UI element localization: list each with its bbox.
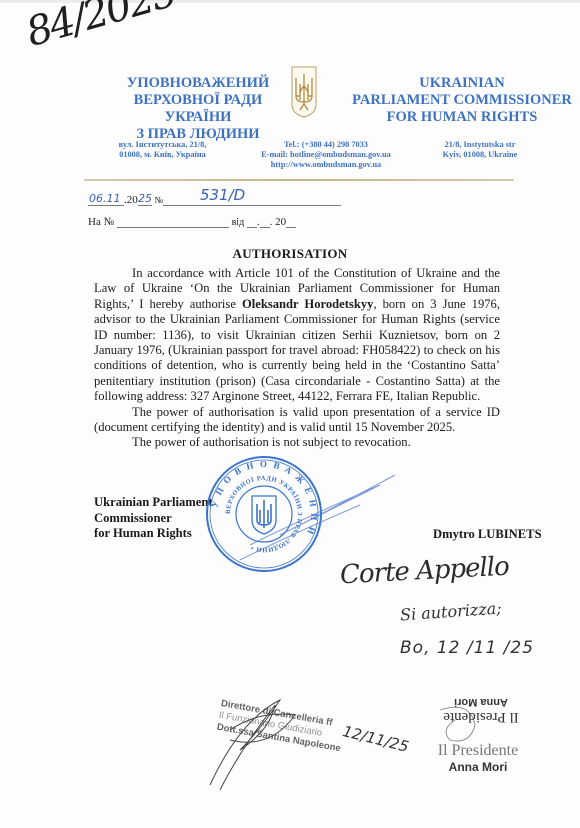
- signer-title-line: for Human Rights: [94, 526, 213, 542]
- trident-coat-of-arms-icon: [291, 66, 317, 118]
- number-label: №: [155, 195, 164, 205]
- letterhead-title-ukrainian: УПОВНОВАЖЕНИЙ ВЕРХОВНОЇ РАДИ УКРАЇНИ З П…: [108, 75, 288, 143]
- signer-title-line: Ukrainian Parliament: [94, 495, 213, 511]
- address-ukrainian: вул. Інститутська, 21/8, 01008, м. Київ,…: [100, 140, 225, 160]
- paragraph-text: , born on 3 June 1976, advisor to the Uk…: [94, 297, 500, 403]
- letterhead-line: ВЕРХОВНОЇ РАДИ УКРАЇНИ: [108, 92, 288, 126]
- letterhead-line: PARLIAMENT COMMISSIONER: [347, 92, 577, 109]
- phone-text: Tel.: (+380 44) 298 7033: [246, 140, 406, 150]
- year-blank: [286, 215, 296, 228]
- president-stamp-inverted: Il Presidente Anna Mori: [436, 696, 526, 725]
- handwritten-year-suffix: 25: [138, 192, 152, 205]
- president-title: Il Presidente: [436, 708, 526, 725]
- document-title: AUTHORISATION: [0, 246, 580, 262]
- address-line: Kyiv, 01008, Ukraine: [420, 150, 540, 160]
- signer-title-line: Commissioner: [94, 511, 213, 527]
- handwritten-registry-number: 84/2025: [21, 0, 180, 56]
- handwritten-outgoing-number: 531/D: [200, 186, 245, 204]
- authorised-person-name: Oleksandr Horodetskyy: [242, 297, 374, 311]
- month-blank: [260, 215, 270, 228]
- president-name: Anna Mori: [428, 760, 528, 774]
- reply-number-blank: [117, 215, 229, 228]
- day-blank: [247, 215, 257, 228]
- handwritten-authorization-note: Si autorizza;: [399, 598, 502, 624]
- handwritten-outgoing-date: 06.11: [89, 192, 121, 205]
- address-line: вул. Інститутська, 21/8,: [100, 140, 225, 150]
- letterhead-line: FOR HUMAN RIGHTS: [347, 109, 577, 126]
- letterhead-line: UKRAINIAN: [347, 75, 577, 92]
- letterhead-title-english: UKRAINIAN PARLIAMENT COMMISSIONER FOR HU…: [347, 75, 577, 126]
- handwritten-authorization-date: Bo, 12 /11 /25: [400, 638, 534, 658]
- letterhead-divider: [84, 179, 514, 181]
- year-prefix: 20: [127, 194, 138, 206]
- paragraph-validity: The power of authorisation is valid upon…: [94, 405, 500, 436]
- document-page: 84/2025 УПОВНОВАЖЕНИЙ ВЕРХОВНОЇ РАДИ УКР…: [0, 0, 580, 828]
- number-blank: [163, 193, 341, 206]
- president-title: Il Presidente: [428, 742, 528, 760]
- president-stamp: Il Presidente Anna Mori: [428, 742, 528, 774]
- reply-label: На №: [88, 216, 114, 228]
- incoming-reference: На № від .. 20: [88, 215, 296, 228]
- address-line: 21/8, Instytutska str: [420, 140, 540, 150]
- letterhead-line: УПОВНОВАЖЕНИЙ: [108, 75, 288, 92]
- website-text: http://www.ombudsman.gov.ua: [246, 160, 406, 170]
- paragraph-revocation: The power of authorisation is not subjec…: [94, 435, 500, 450]
- signer-title: Ukrainian Parliament Commissioner for Hu…: [94, 495, 213, 542]
- from-label: від: [232, 217, 245, 228]
- signer-name: Dmytro LUBINETS: [433, 527, 542, 542]
- email-text: E-mail: hotline@ombudsman.gov.ua: [246, 150, 406, 160]
- contact-info: Tel.: (+380 44) 298 7033 E-mail: hotline…: [246, 140, 406, 170]
- address-line: 01008, м. Київ, Україна: [100, 150, 225, 160]
- president-name: Anna Mori: [436, 696, 526, 708]
- from-year: 20: [275, 216, 286, 228]
- address-english: 21/8, Instytutska str Kyiv, 01008, Ukrai…: [420, 140, 540, 160]
- paragraph-authorisation: In accordance with Article 101 of the Co…: [94, 266, 500, 405]
- document-body: In accordance with Article 101 of the Co…: [94, 266, 500, 451]
